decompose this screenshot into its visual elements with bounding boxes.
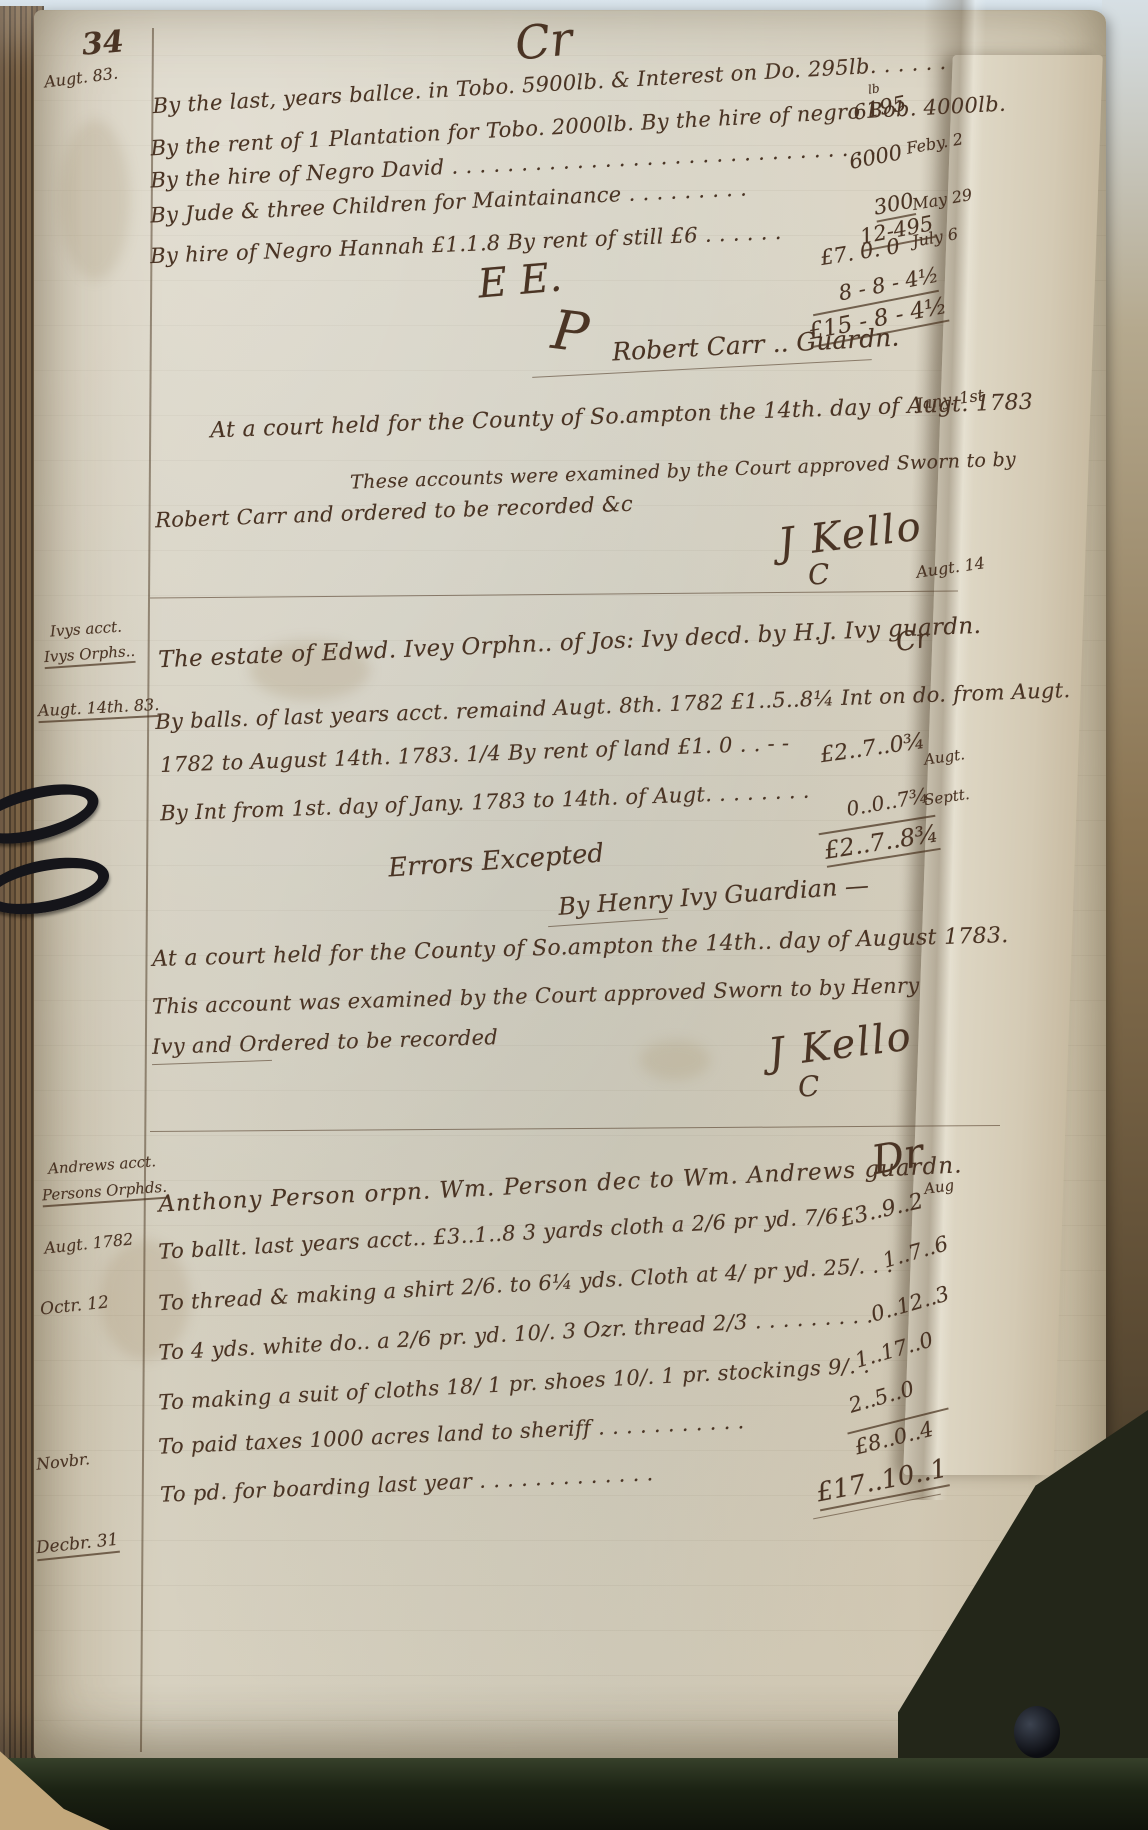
binder-screw — [1014, 1706, 1060, 1758]
credit-header-flourish: Cr — [512, 11, 575, 71]
credit-side-mark: Cr — [894, 624, 931, 659]
clerk-signature-flourish: C — [797, 1069, 821, 1103]
errors-excepted-mark: E E. — [476, 254, 564, 307]
ledger-photograph: 34 Augt. 83. Cr By the last, years ballc… — [0, 0, 1148, 1830]
photo-bottom-background — [0, 1758, 1148, 1830]
clerk-signature-flourish: C — [807, 557, 831, 591]
per-mark: P — [548, 298, 592, 365]
page-number: 34 — [81, 24, 126, 63]
debit-side-mark: Dr — [868, 1130, 926, 1184]
pound-unit-label: lb — [867, 81, 881, 97]
paper-stain — [640, 1040, 710, 1080]
paper-stain — [60, 120, 130, 280]
